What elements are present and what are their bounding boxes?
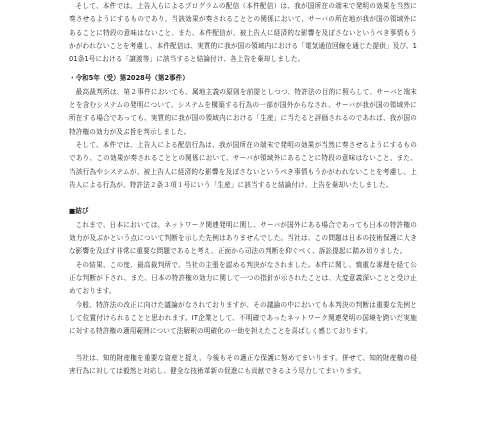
paragraph-case2-holding: 最高裁判所は、第２事件においても、属地主義の原則を前提としつつ、特許法の目的に照… [69, 86, 417, 139]
conclusion-heading: ■結び [69, 205, 417, 218]
paragraph-case2-conclusion: そして、本件では、上告人による配信行為は、我が国所在の端末で発明の効果が当然に奏… [69, 139, 417, 192]
paragraph-case1-conclusion: そして、本件では、上告人らによるプログラムの配信（本件配信）は、我が国所在の端末… [69, 0, 417, 66]
paragraph-background: これまで、日本においては、ネットワーク関連発明に関し、サーバが国外にある場合であ… [69, 219, 417, 259]
spacer [69, 192, 417, 205]
case2-heading: ・令和5年（受）第2028号（第2事件） [69, 72, 417, 85]
paragraph-company-stance: 当社は、知的財産権を重要な資産と捉え、今後もその適正な保護に努めてまいります。併… [69, 352, 417, 379]
paragraph-result: その結果、この度、最高裁判所で、当社の主張を認める判決がなされました。本件に関し… [69, 259, 417, 299]
paragraph-significance: 今般、特許法の改正に向けた議論がなされておりますが、その議論の中においても本判決… [69, 299, 417, 339]
spacer [69, 338, 417, 351]
document-page: そして、本件では、上告人らによるプログラムの配信（本件配信）は、我が国所在の端末… [69, 0, 417, 378]
